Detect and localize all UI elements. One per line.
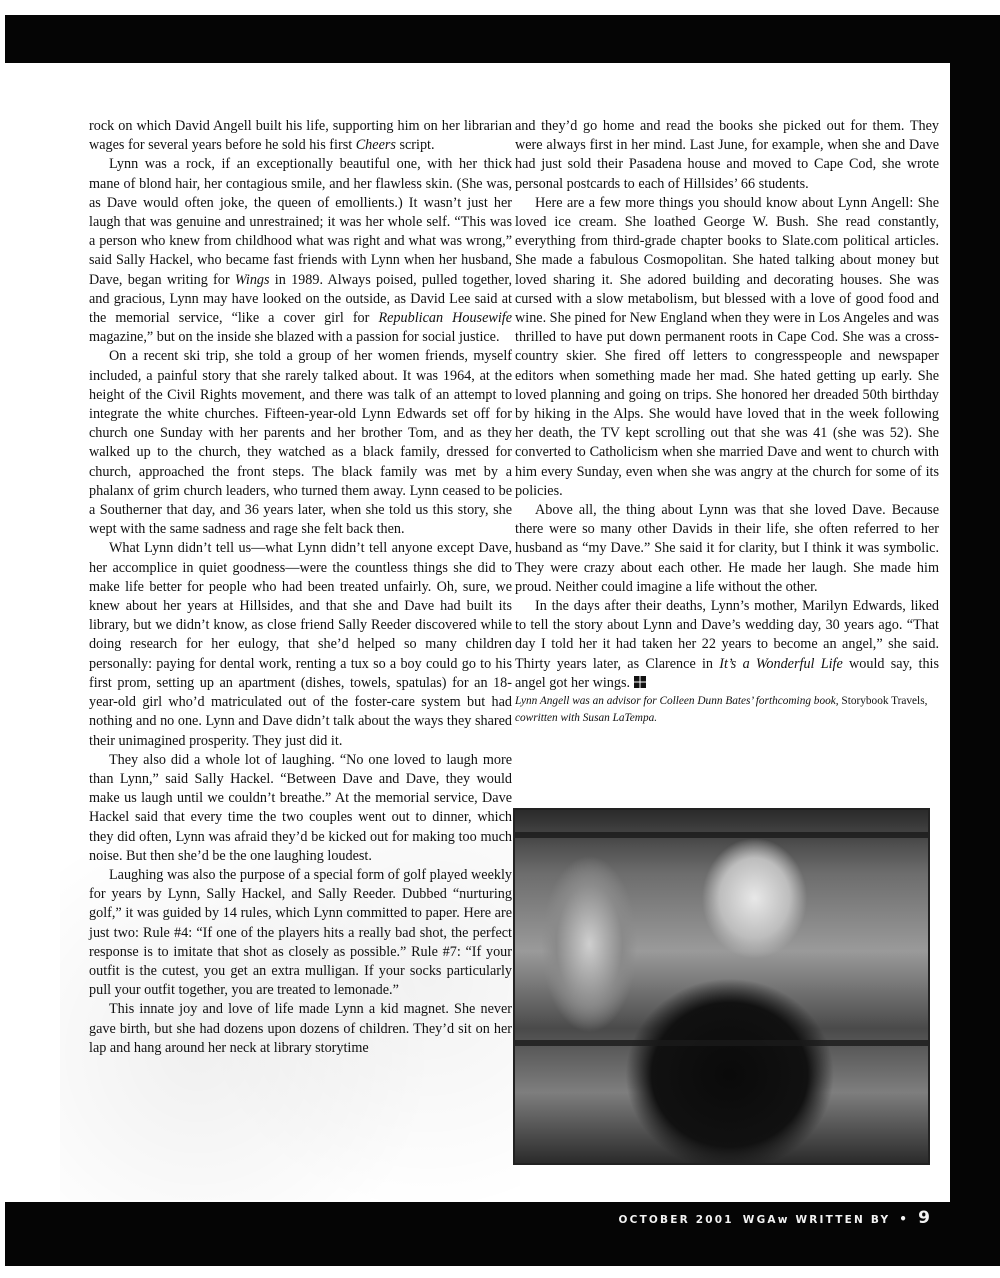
paragraph: They also did a whole lot of laughing. “… [89, 751, 512, 866]
end-mark-icon [634, 676, 646, 688]
photo-frame-line [515, 1040, 928, 1046]
page-number: 9 [918, 1208, 930, 1228]
paragraph: On a recent ski trip, she told a group o… [89, 347, 512, 539]
portrait-photo [513, 808, 930, 1165]
top-black-band [5, 15, 1000, 63]
author-bio: Lynn Angell was an advisor for Colleen D… [515, 693, 939, 727]
paragraph: rock on which David Angell built his lif… [89, 117, 512, 155]
paragraph: Here are a few more things you should kn… [515, 194, 939, 501]
issue-date: OCTOBER 2001 [619, 1214, 734, 1226]
paragraph: and they’d go home and read the books sh… [515, 117, 939, 194]
paragraph: Laughing was also the purpose of a speci… [89, 866, 512, 1000]
paragraph: Above all, the thing about Lynn was that… [515, 501, 939, 597]
publication-name: WGAw WRITTEN BY [743, 1214, 890, 1226]
article-left-column: rock on which David Angell built his lif… [89, 117, 512, 1058]
paragraph: In the days after their deaths, Lynn’s m… [515, 597, 939, 693]
page-footer: OCTOBER 2001 WGAw WRITTEN BY • 9 [619, 1208, 930, 1228]
paragraph: This innate joy and love of life made Ly… [89, 1000, 512, 1058]
right-black-band [950, 63, 1000, 1203]
bullet-separator: • [899, 1212, 909, 1226]
photo-frame-line [515, 832, 928, 838]
paragraph: Lynn was a rock, if an exceptionally bea… [89, 155, 512, 347]
paragraph: What Lynn didn’t tell us—what Lynn didn’… [89, 539, 512, 750]
article-right-column: and they’d go home and read the books sh… [515, 117, 939, 727]
